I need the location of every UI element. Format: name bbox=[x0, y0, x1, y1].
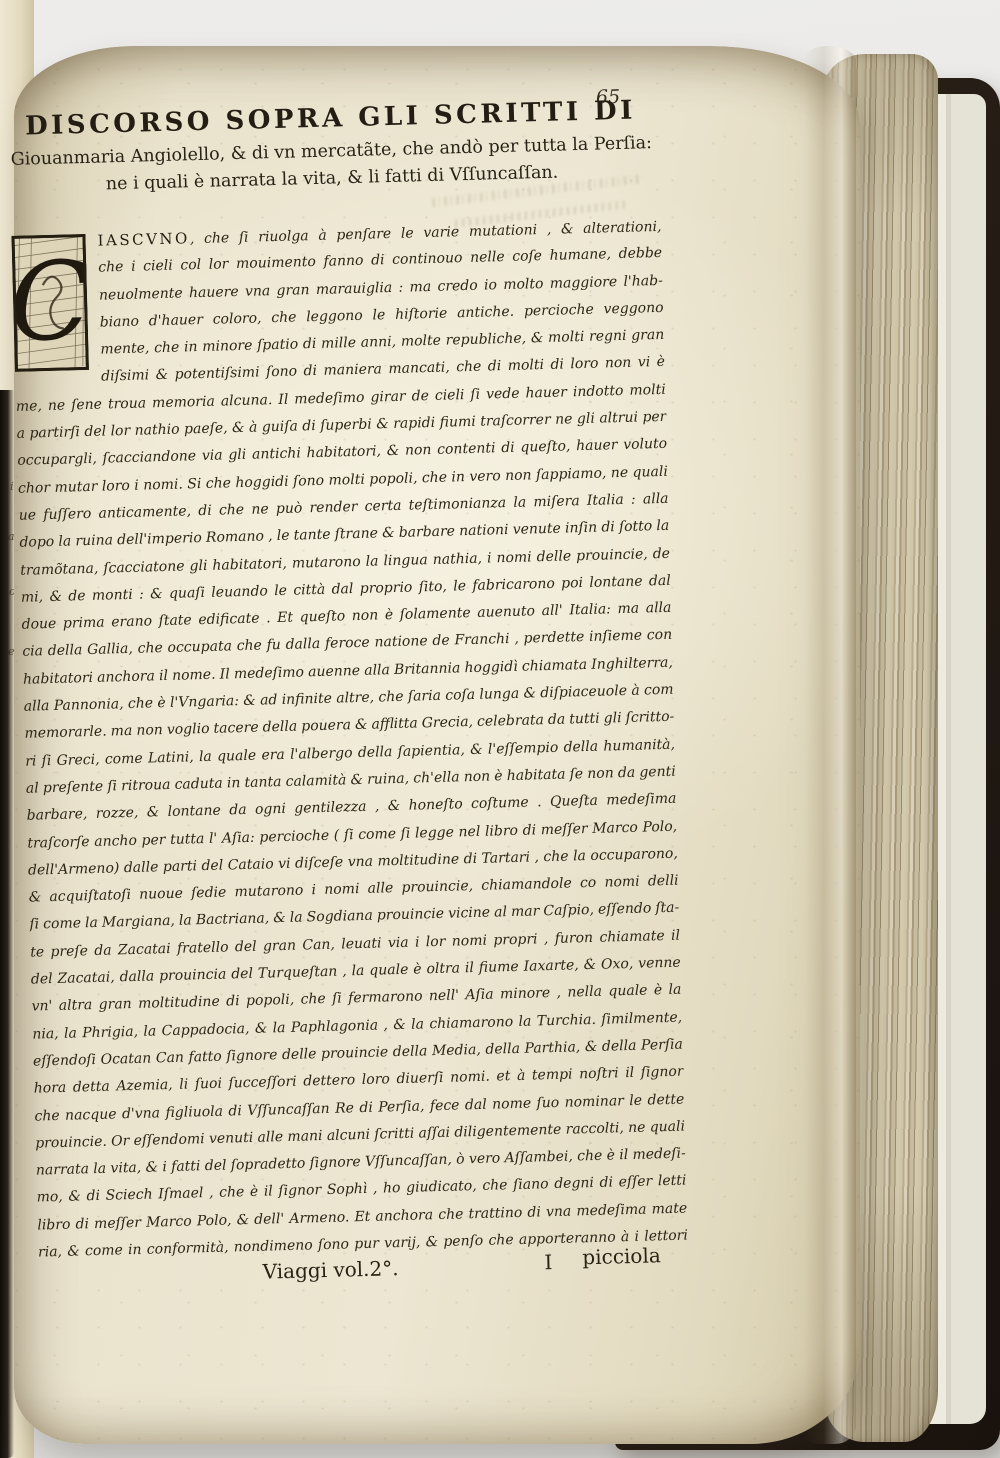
initial-letter: C bbox=[11, 239, 89, 366]
page-content: 65 DISCORSO SOPRA GLI SCRITTI DI Giouanm… bbox=[0, 36, 881, 1456]
body-text-block: C IASCVNO, che ſi riuolga à penſare le v… bbox=[11, 213, 688, 1267]
gathering-signature: I bbox=[544, 1250, 553, 1274]
volume-footer-label: Viaggi vol.2°. bbox=[262, 1256, 399, 1284]
body-lines: IASCVNO, che ſi riuolga à penſare le var… bbox=[11, 213, 688, 1267]
photo-backdrop: i a o e 65 DISCORSO SOPRA GLI SCRITTI DI… bbox=[0, 0, 1000, 1458]
book-page: 65 DISCORSO SOPRA GLI SCRITTI DI Giouanm… bbox=[14, 46, 860, 1444]
body-lead-caps: IASCVNO bbox=[97, 229, 190, 249]
catchword: picciola bbox=[582, 1243, 661, 1269]
woodcut-initial-C: C bbox=[11, 234, 89, 372]
